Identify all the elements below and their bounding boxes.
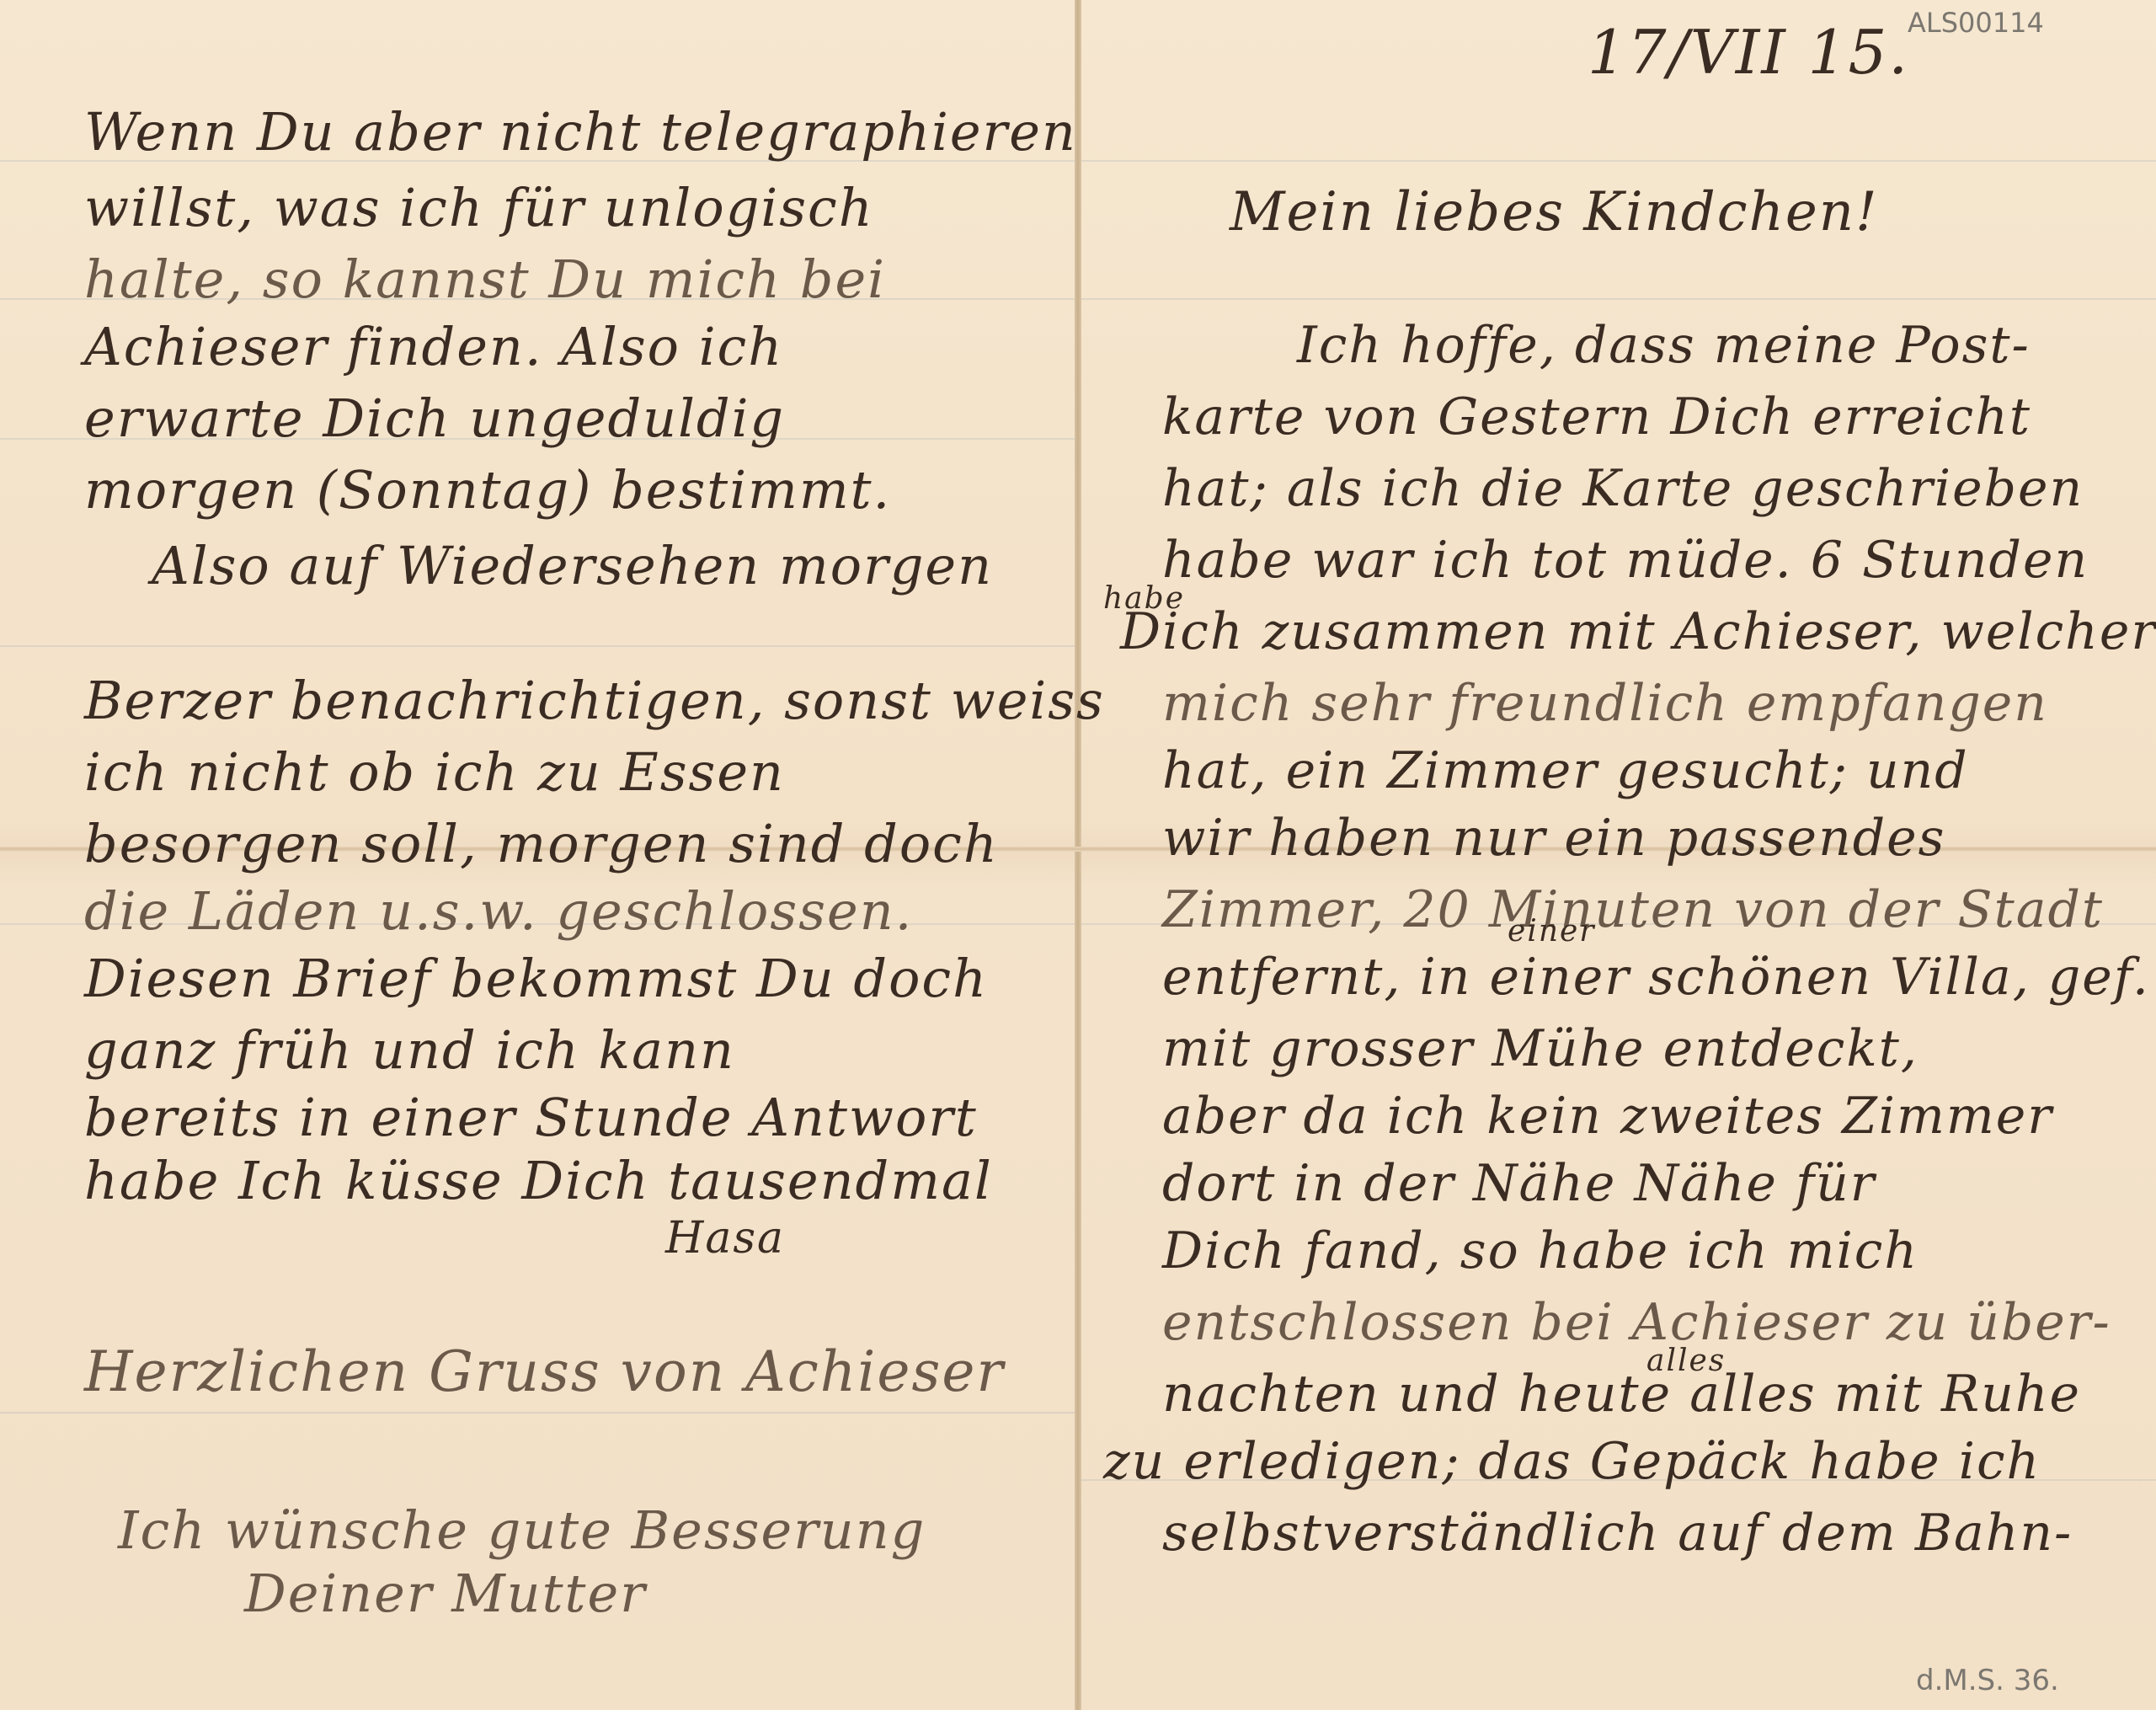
letter-line: entfernt, in einer schönen Villa, gef. bbox=[1162, 948, 2150, 1007]
letter-line: ganz früh und ich kann bbox=[84, 1019, 735, 1081]
letter-line: Dich fand, so habe ich mich bbox=[1162, 1221, 1919, 1280]
letter-line: Also auf Wiedersehen morgen bbox=[152, 535, 993, 596]
signature: Hasa bbox=[665, 1213, 785, 1264]
letter-line: karte von Gestern Dich erreicht bbox=[1162, 387, 2031, 446]
letter-line: zu erledigen; das Gepäck habe ich bbox=[1103, 1432, 2041, 1491]
postscript-line: Ich wünsche gute Besserung bbox=[118, 1499, 926, 1561]
letter-line: Ich hoffe, dass meine Post- bbox=[1297, 316, 2031, 375]
letter-line: besorgen soll, morgen sind doch bbox=[84, 813, 999, 874]
ruled-line bbox=[0, 645, 1075, 647]
catalog-note: d.M.S. 36. bbox=[1916, 1664, 2059, 1697]
archive-reference: ALS00114 bbox=[1908, 7, 2044, 39]
postscript-line: Deiner Mutter bbox=[244, 1563, 647, 1624]
letter-line: Wenn Du aber nicht telegraphieren bbox=[84, 101, 1077, 163]
salutation: Mein liebes Kindchen! bbox=[1230, 181, 1879, 243]
letter-line: Diesen Brief bekommst Du doch bbox=[84, 948, 988, 1009]
letter-line: Dich zusammen mit Achieser, welcher bbox=[1120, 602, 2156, 661]
center-fold bbox=[1075, 0, 1081, 1710]
letter-line: Zimmer, 20 Minuten von der Stadt bbox=[1162, 880, 2104, 939]
letter-line: erwarte Dich ungeduldig bbox=[84, 387, 785, 449]
ruled-line bbox=[1081, 298, 2156, 300]
ruled-line bbox=[1081, 160, 2156, 162]
letter-line: ich nicht ob ich zu Essen bbox=[84, 741, 785, 803]
letter-line: Achieser finden. Also ich bbox=[84, 316, 783, 377]
letter-line: entschlossen bei Achieser zu über- bbox=[1162, 1293, 2111, 1352]
letter-line: die Läden u.s.w. geschlossen. bbox=[84, 880, 913, 942]
letter-line: wir haben nur ein passendes bbox=[1162, 809, 1945, 868]
ruled-line bbox=[0, 1412, 1075, 1413]
letter-line: aber da ich kein zweites Zimmer bbox=[1162, 1087, 2053, 1146]
postscript-greeting: Herzlichen Gruss von Achieser bbox=[84, 1339, 1005, 1404]
letter-line: dort in der Nähe Nähe für bbox=[1162, 1154, 1876, 1213]
letter-line: bereits in einer Stunde Antwort bbox=[84, 1087, 978, 1148]
letter-line: willst, was ich für unlogisch bbox=[84, 177, 874, 238]
letter-line: mit grosser Mühe entdeckt, bbox=[1162, 1019, 1919, 1078]
interlinear-insertion: einer bbox=[1508, 914, 1596, 949]
letter-line: mich sehr freundlich empfangen bbox=[1162, 674, 2048, 733]
letter-date: 17/VII 15. bbox=[1588, 17, 1909, 88]
letter-line: hat; als ich die Karte geschrieben bbox=[1162, 459, 2084, 518]
letter-line: nachten und heute alles mit Ruhe bbox=[1162, 1365, 2081, 1424]
letter-line: morgen (Sonntag) bestimmt. bbox=[84, 459, 891, 521]
letter-line: hat, ein Zimmer gesucht; und bbox=[1162, 741, 1969, 800]
letter-line: Berzer benachrichtigen, sonst weiss bbox=[84, 670, 1105, 731]
letter-line: habe Ich küsse Dich tausendmal bbox=[84, 1150, 993, 1211]
letter-line: habe war ich tot müde. 6 Stunden bbox=[1162, 531, 2089, 590]
letter-line: halte, so kannst Du mich bei bbox=[84, 248, 886, 310]
letter-line: selbstverständlich auf dem Bahn- bbox=[1162, 1504, 2073, 1563]
